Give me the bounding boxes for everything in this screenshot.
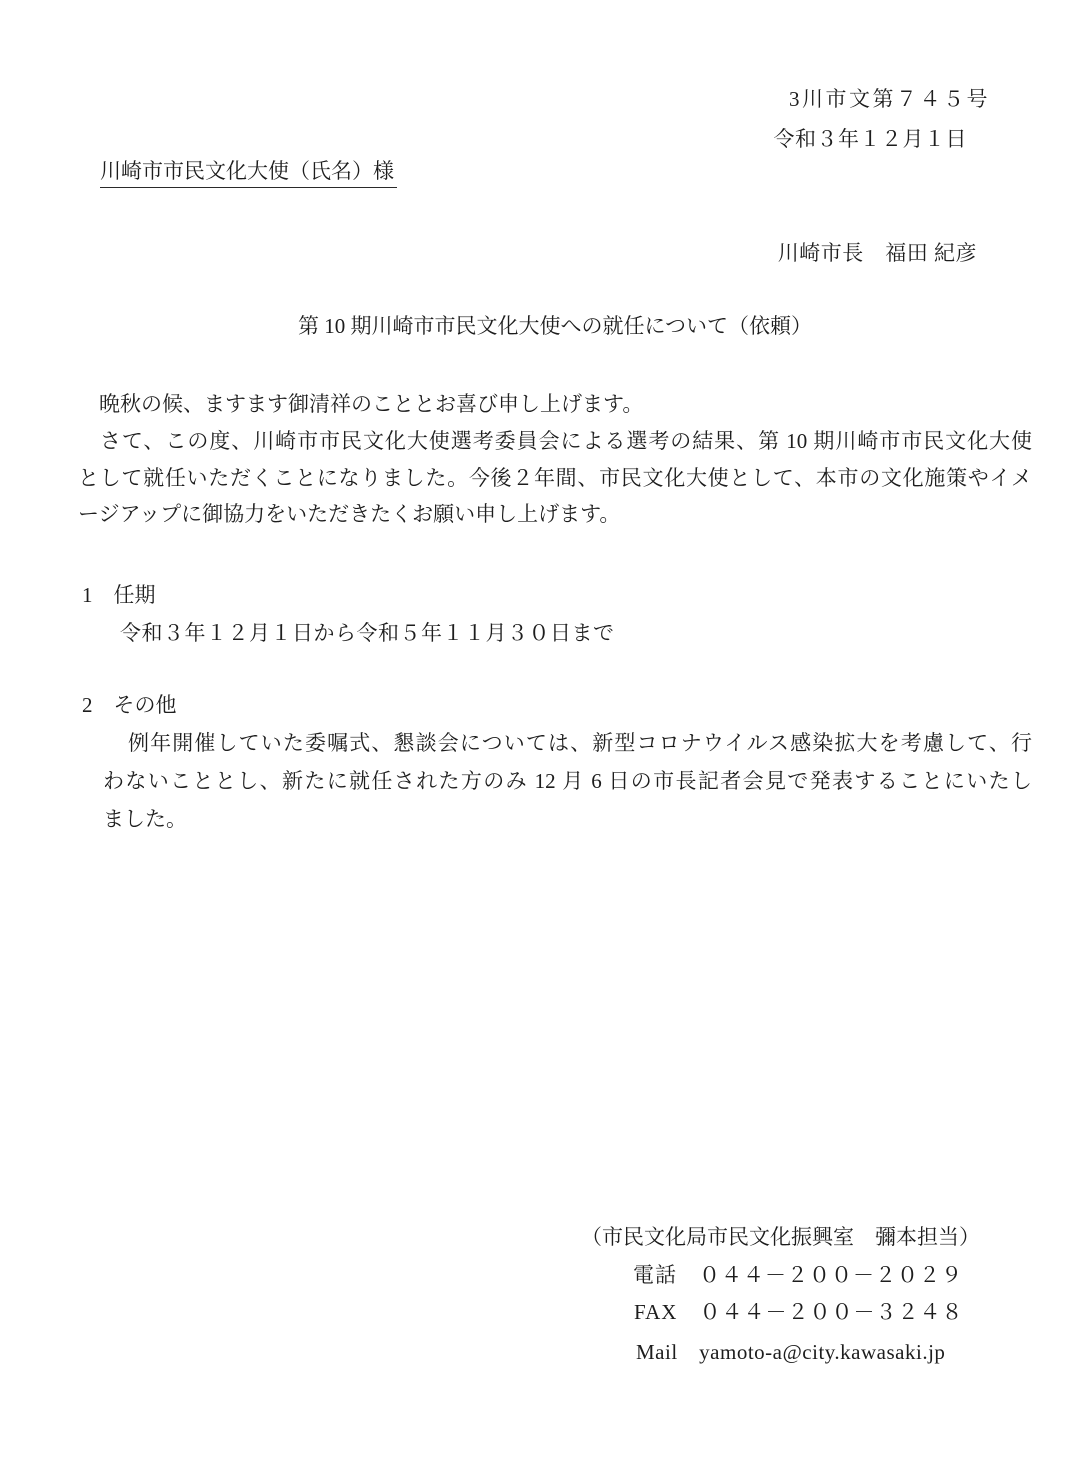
section-2-line-3: ました。 [103, 805, 187, 833]
body-paragraph-line-3: ージアップに御協力をいただきたくお願い申し上げます。 [78, 500, 1032, 528]
sender-line: 川崎市長 福田 紀彦 [778, 239, 977, 267]
body-greeting: 晩秋の候、ますます御清祥のこととお喜び申し上げます。 [78, 390, 1032, 418]
document-number: 3川市文第７４５号 [789, 85, 990, 113]
body-paragraph-line-1: さて、この度、川崎市市民文化大使選考委員会による選考の結果、第 10 期川崎市市… [78, 427, 1032, 457]
section-2-line-2: わないこととし、新たに就任された方のみ 12 月 6 日の市長記者会見で発表する… [103, 767, 1032, 797]
document-title: 第 10 期川崎市市民文化大使への就任について（依頼） [78, 312, 1032, 340]
contact-phone: 電話 ０４４－２００－２０２９ [633, 1261, 963, 1289]
letter-document: 3川市文第７４５号 令和３年１２月１日 川崎市市民文化大使（氏名）様 川崎市長 … [0, 0, 1079, 1466]
document-date: 令和３年１２月１日 [774, 125, 968, 153]
recipient-line: 川崎市市民文化大使（氏名）様 [100, 157, 397, 188]
section-2-heading: 2 その他 [82, 691, 177, 719]
section-1-term-line: 令和３年１２月１日から令和５年１１月３０日まで [120, 619, 615, 647]
contact-department: （市民文化局市民文化振興室 彌本担当） [581, 1223, 980, 1251]
body-paragraph-line-2: として就任いただくことになりました。今後２年間、市民文化大使として、本市の文化施… [78, 464, 1032, 494]
contact-fax: FAX ０４４－２００－３２４８ [634, 1298, 963, 1326]
contact-mail: Mail yamoto-a@city.kawasaki.jp [636, 1338, 945, 1366]
section-2-line-1: 例年開催していた委嘱式、懇談会については、新型コロナウイルス感染拡大を考慮して、… [103, 729, 1032, 759]
section-1-heading: 1 任期 [82, 581, 156, 609]
